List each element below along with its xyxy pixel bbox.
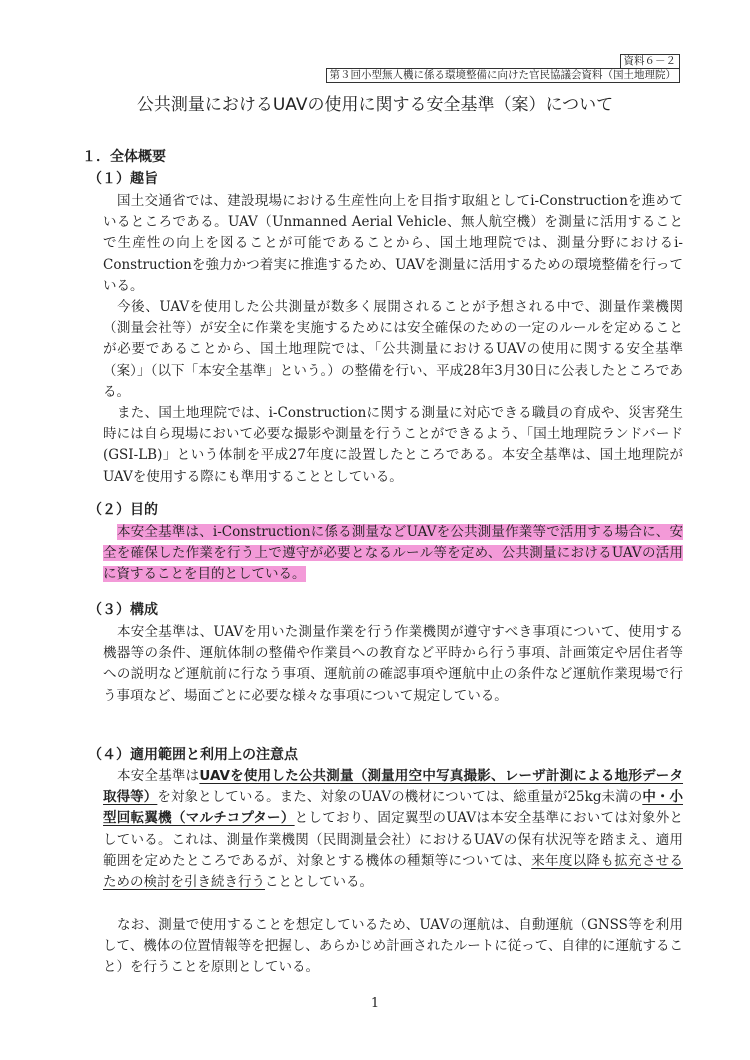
paragraph-objective: 本安全基準は、i-Constructionに係る測量などUAVを公共測量作業等で…	[103, 522, 683, 586]
paragraph-structure: 本安全基準は、UAVを用いた測量作業を行う作業機関が遵守すべき事項について、使用…	[103, 622, 683, 707]
subsection-heading-structure: （３）構成	[88, 601, 158, 619]
document-label: 資料６－２	[620, 54, 681, 69]
page-number: 1	[0, 996, 750, 1011]
scope-text-c: を対象としている。また、対象のUAVの機材については、総重量が25kg未満の	[157, 789, 642, 805]
paragraph-summary-1: 国土交通省では、建設現場における生産性向上を目指す取組としてi-Construc…	[103, 191, 683, 297]
subsection-heading-scope: （４）適用範囲と利用上の注意点	[88, 746, 298, 764]
paragraph-scope-1: 本安全基準はUAVを使用した公共測量（測量用空中写真撮影、レーザ計測による地形デ…	[103, 766, 683, 893]
highlighted-objective-text: 本安全基準は、i-Constructionに係る測量などUAVを公共測量作業等で…	[103, 524, 683, 582]
paragraph-summary-3: また、国土地理院では、i-Constructionに関する測量に対応できる職員の…	[103, 403, 683, 488]
document-page: 資料６－２ 第３回小型無人機に係る環境整備に向けた官民協議会資料（国土地理院） …	[0, 0, 750, 1060]
subsection-heading-objective: （２）目的	[88, 501, 158, 519]
section-heading-overview: １．全体概要	[82, 148, 166, 166]
paragraph-summary-2: 今後、UAVを使用した公共測量が数多く展開されることが予想される中で、測量作業機…	[103, 297, 683, 403]
subsection-heading-purpose-summary: （１）趣旨	[88, 170, 158, 188]
page-title: 公共測量におけるUAVの使用に関する安全基準（案）について	[0, 94, 750, 116]
scope-text-a: 本安全基準は	[117, 768, 199, 784]
scope-text-g: こととしている。	[265, 874, 373, 890]
meeting-label: 第３回小型無人機に係る環境整備に向けた官民協議会資料（国土地理院）	[326, 68, 681, 83]
paragraph-scope-2: なお、測量で使用することを想定しているため、UAVの運航は、自動運航（GNSS等…	[103, 915, 683, 979]
